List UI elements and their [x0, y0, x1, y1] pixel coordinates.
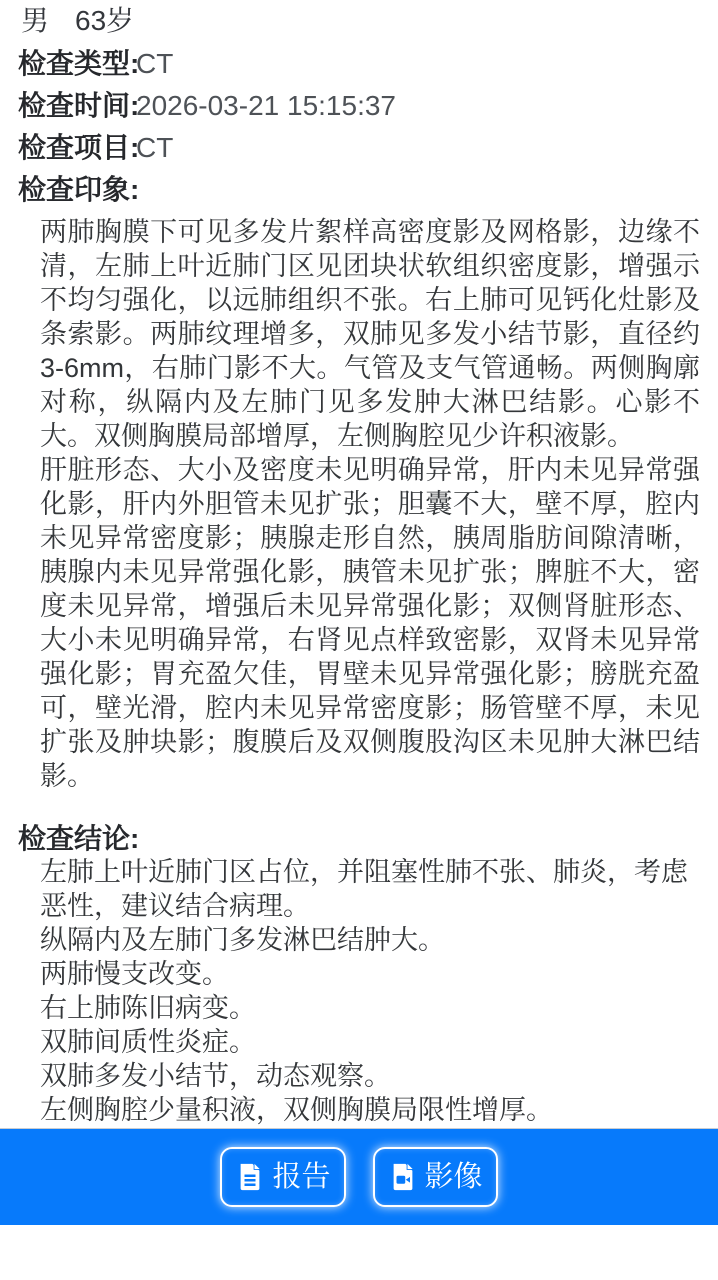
- exam-item-value: CT: [136, 134, 173, 162]
- file-video-icon: [388, 1162, 418, 1192]
- exam-type-row: 检查类型: CT: [18, 50, 700, 78]
- exam-time-label: 检查时间:: [18, 90, 139, 121]
- exam-type-value: CT: [136, 50, 173, 78]
- conclusion-section-label: 检查结论:: [18, 825, 700, 853]
- conclusion-item: 双肺多发小结节，动态观察。: [40, 1059, 700, 1093]
- conclusion-list: 左肺上叶近肺门区占位，并阻塞性肺不张、肺炎，考虑恶性，建议结合病理。 纵隔内及左…: [40, 855, 700, 1161]
- report-button[interactable]: 报告: [220, 1147, 345, 1207]
- exam-type-label: 检查类型:: [18, 48, 139, 79]
- images-button-label: 影像: [425, 1163, 483, 1192]
- report-button-label: 报告: [272, 1163, 330, 1192]
- patient-age: 63岁: [75, 5, 134, 36]
- images-button[interactable]: 影像: [373, 1147, 498, 1207]
- conclusion-item: 左侧胸腔少量积液，双侧胸膜局限性增厚。: [40, 1093, 700, 1127]
- impression-paragraph: 肝脏形态、大小及密度未见明确异常，肝内未见异常强化影，肝内外胆管未见扩张；胆囊不…: [40, 453, 700, 793]
- conclusion-item: 两肺慢支改变。: [40, 957, 700, 991]
- patient-row: 男63岁: [21, 0, 718, 36]
- medical-report-page: 男63岁 检查类型: CT 检查时间: 2026-03-21 15:15:37 …: [0, 0, 718, 1280]
- exam-item-row: 检查项目: CT: [18, 134, 700, 162]
- conclusion-item: 左肺上叶近肺门区占位，并阻塞性肺不张、肺炎，考虑恶性，建议结合病理。: [40, 855, 700, 923]
- conclusion-item: 右上肺陈旧病变。: [40, 991, 700, 1025]
- impression-section-label: 检查印象:: [18, 176, 700, 204]
- impression-paragraph: 两肺胸膜下可见多发片絮样高密度影及网格影，边缘不清，左肺上叶近肺门区见团块状软组…: [40, 215, 700, 453]
- exam-item-label: 检查项目:: [18, 132, 139, 163]
- file-text-icon: [235, 1162, 265, 1192]
- conclusion-item: 双肺间质性炎症。: [40, 1025, 700, 1059]
- conclusion-item: 纵隔内及左肺门多发淋巴结肿大。: [40, 923, 700, 957]
- exam-time-row: 检查时间: 2026-03-21 15:15:37: [18, 92, 700, 120]
- patient-gender: 男: [21, 5, 49, 36]
- exam-time-value: 2026-03-21 15:15:37: [136, 92, 396, 120]
- bottom-action-bar: 报告 影像: [0, 1128, 718, 1225]
